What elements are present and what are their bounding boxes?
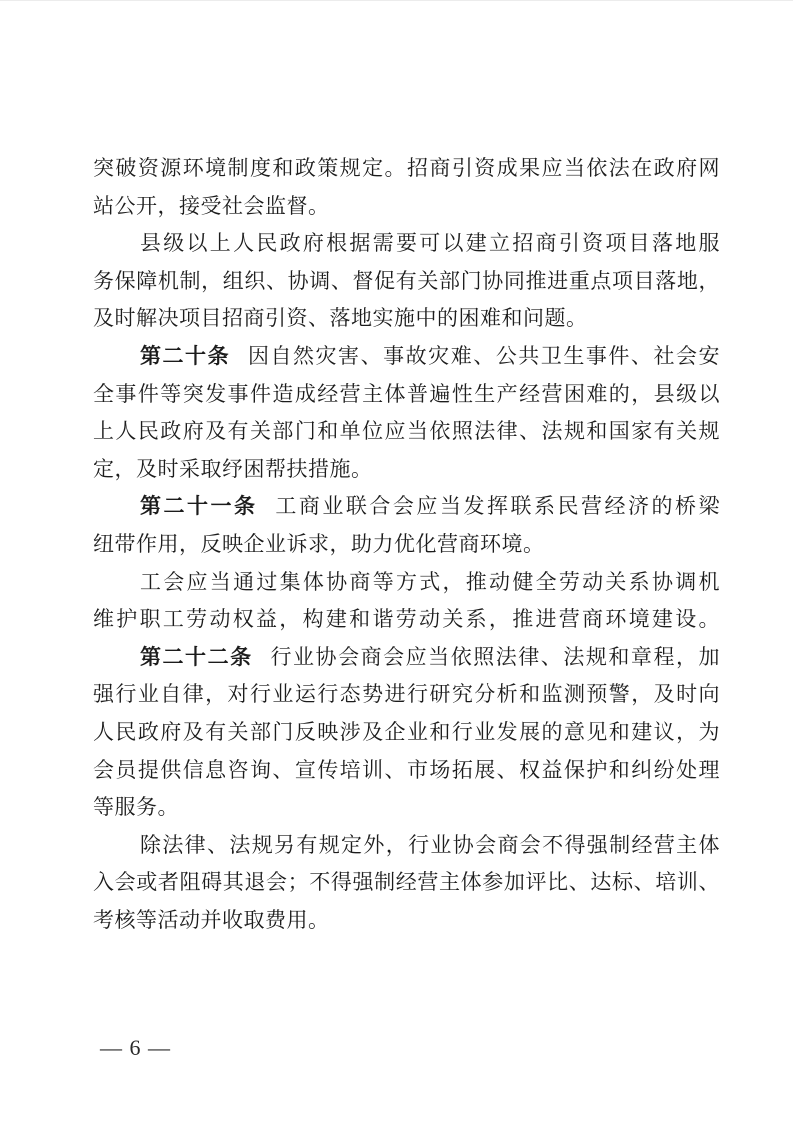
text-line: 全事件等突发事件造成经营主体普遍性生产经营困难的，县级以 [93,376,720,414]
text-line: 纽带作用，反映企业诉求，助力优化营商环境。 [93,526,720,564]
document-page: 突破资源环境制度和政策规定。招商引资成果应当依法在政府网站公开，接受社会监督。县… [0,0,793,1123]
text-line: 等服务。 [93,789,720,827]
paragraph: 第二十一条工商业联合会应当发挥联系民营经济的桥梁纽带作用，反映企业诉求，助力优化… [93,488,720,563]
text-line: 第二十条因自然灾害、事故灾难、公共卫生事件、社会安 [93,338,720,376]
text-line: 及时解决项目招商引资、落地实施中的困难和问题。 [93,300,720,338]
text-line: 上人民政府及有关部门和单位应当依照法律、法规和国家有关规 [93,413,720,451]
paragraph: 第二十二条行业协会商会应当依照法律、法规和章程，加强行业自律，对行业运行态势进行… [93,639,720,827]
text-line: 定，及时采取纾困帮扶措施。 [93,451,720,489]
text-line: 务保障机制，组织、协调、督促有关部门协同推进重点项目落地， [93,263,720,301]
article-number: 第二十条 [140,345,230,368]
text-line: 工会应当通过集体协商等方式，推动健全劳动关系协调机制， [93,564,720,602]
text-line: 第二十二条行业协会商会应当依照法律、法规和章程，加 [93,639,720,677]
text-line: 站公开，接受社会监督。 [93,188,720,226]
paragraph: 第二十条因自然灾害、事故灾难、公共卫生事件、社会安全事件等突发事件造成经营主体普… [93,338,720,488]
text-line: 强行业自律，对行业运行态势进行研究分析和监测预警，及时向 [93,676,720,714]
page-footer: — 6 — [100,1035,171,1061]
text-line: 突破资源环境制度和政策规定。招商引资成果应当依法在政府网 [93,150,720,188]
paragraph: 突破资源环境制度和政策规定。招商引资成果应当依法在政府网站公开，接受社会监督。 [93,150,720,225]
article-number: 第二十一条 [140,495,258,518]
page-number: — 6 — [100,1035,171,1060]
text-line: 会员提供信息咨询、宣传培训、市场拓展、权益保护和纠纷处理 [93,752,720,790]
text-line: 入会或者阻碍其退会；不得强制经营主体参加评比、达标、培训、 [93,864,720,902]
paragraph: 工会应当通过集体协商等方式，推动健全劳动关系协调机制，维护职工劳动权益，构建和谐… [93,564,720,639]
text-line: 人民政府及有关部门反映涉及企业和行业发展的意见和建议，为 [93,714,720,752]
article-number: 第二十二条 [140,646,253,669]
text-line: 考核等活动并收取费用。 [93,902,720,940]
document-body: 突破资源环境制度和政策规定。招商引资成果应当依法在政府网站公开，接受社会监督。县… [93,150,720,939]
paragraph: 县级以上人民政府根据需要可以建立招商引资项目落地服务保障机制，组织、协调、督促有… [93,225,720,338]
paragraph: 除法律、法规另有规定外，行业协会商会不得强制经营主体入会或者阻碍其退会；不得强制… [93,827,720,940]
text-line: 除法律、法规另有规定外，行业协会商会不得强制经营主体 [93,827,720,865]
text-line: 维护职工劳动权益，构建和谐劳动关系，推进营商环境建设。 [93,601,720,639]
text-line: 县级以上人民政府根据需要可以建立招商引资项目落地服 [93,225,720,263]
text-line: 第二十一条工商业联合会应当发挥联系民营经济的桥梁 [93,488,720,526]
